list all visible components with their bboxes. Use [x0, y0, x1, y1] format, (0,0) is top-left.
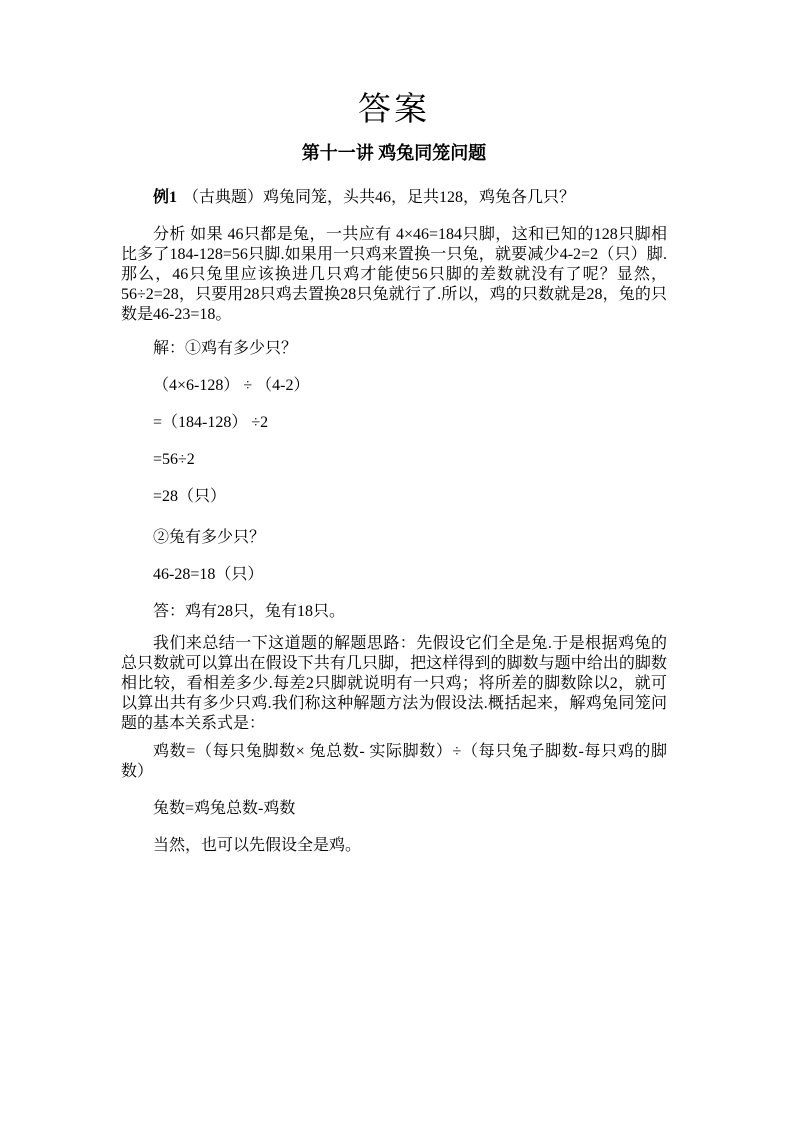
answer-line: 答：鸡有28只，兔有18只。: [121, 602, 667, 622]
summary-paragraph: 我们来总结一下这道题的解题思路：先假设它们全是兔.于是根据鸡兔的总只数就可以算出…: [121, 634, 667, 734]
solution-step: （4×6-128） ÷ （4-2）: [121, 376, 667, 396]
solution-part1-heading: 解：①鸡有多少只？: [121, 339, 667, 359]
example-paragraph: 例1（古典题）鸡兔同笼，头共46，足共128，鸡兔各几只？: [121, 188, 667, 208]
section-heading: 第十一讲 鸡兔同笼问题: [121, 142, 667, 164]
document-page: 答案 第十一讲 鸡兔同笼问题 例1（古典题）鸡兔同笼，头共46，足共128，鸡兔…: [0, 0, 793, 1122]
solution-step: =28（只）: [121, 487, 667, 507]
formula-rabbit: 兔数=鸡兔总数-鸡数: [121, 799, 667, 819]
formula-chicken: 鸡数=（每只兔脚数× 兔总数- 实际脚数）÷（每只兔子脚数-每只鸡的脚数）: [121, 742, 667, 782]
closing-line: 当然，也可以先假设全是鸡。: [121, 836, 667, 856]
example-question: （古典题）鸡兔同笼，头共46，足共128，鸡兔各几只？: [183, 189, 575, 206]
page-title: 答案: [121, 90, 667, 130]
solution-step: =（184-128） ÷2: [121, 413, 667, 433]
document-content: 答案 第十一讲 鸡兔同笼问题 例1（古典题）鸡兔同笼，头共46，足共128，鸡兔…: [121, 90, 667, 873]
solution-step: =56÷2: [121, 450, 667, 470]
solution-step: 46-28=18（只）: [121, 565, 667, 585]
example-label: 例1: [153, 189, 177, 206]
analysis-paragraph: 分析 如果 46只都是兔，一共应有 4×46=184只脚，这和已知的128只脚相…: [121, 225, 667, 325]
solution-part2-heading: ②兔有多少只？: [121, 528, 667, 548]
